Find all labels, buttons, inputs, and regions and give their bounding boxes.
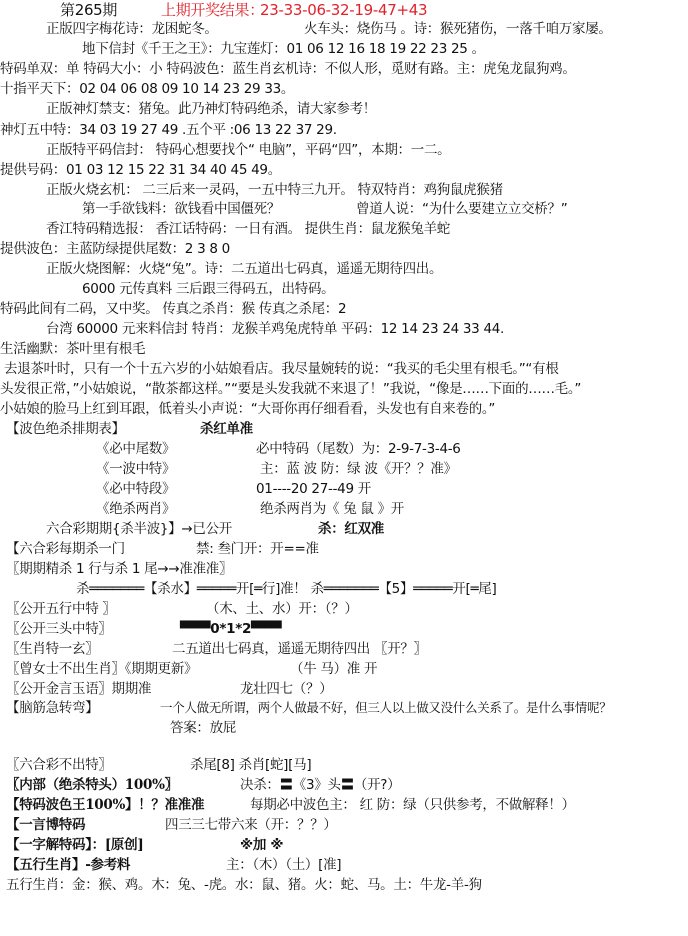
table-row-label: 《一波中特》 (96, 460, 175, 478)
five-zodiac-label: 【五行生肖】-参考料 (6, 856, 130, 874)
table-row-value: 必中特码（尾数）为：2-9-7-3-4-6 (256, 440, 461, 458)
no-special-value: 杀尾[8] 杀肖[蛇][马] (190, 756, 311, 774)
half-wave-value: 杀：红双准 (318, 520, 384, 538)
one-word-label: 【一言博特码 (6, 816, 85, 834)
internal-kill-label: 〖内部（绝杀特头）100%〗 (6, 776, 178, 794)
fire-mystery: 正版火烧玄机： 二三后来一灵码，一五中特三九开。 特双特肖：鸡狗鼠虎猴猪 (46, 181, 503, 199)
humor-line-2: 头发很正常，”小姑娘说，“散茶都这样。”“要是头发我就不来退了！”我说，“像是…… (0, 380, 581, 398)
five-elements-label: 〖公开五行中特 〗 (6, 600, 116, 618)
three-heads-label: 〖公开三头中特〗 (6, 620, 112, 638)
zodiac-mystery-label: 〖生肖特一玄〗 (6, 640, 98, 658)
master-says: 曾道人说：“为什么要建立立交桥？” (356, 200, 567, 218)
hongkong-report: 香江特码精选报： 香江话特码：一日有酒。 提供生肖：鼠龙猴兔羊蛇 (46, 220, 450, 238)
table-title: 【波色绝杀排期表】 (6, 420, 125, 438)
plum-poem: 正版四字梅花诗：龙困蛇冬。 (46, 20, 218, 38)
kill-door-value: 禁: 叁门开：开==准 (196, 540, 319, 558)
table-row-value: 绝杀两肖为《 兔 鼠 》开 (260, 500, 404, 518)
special-code-attributes: 特码单双：单 特码大小：小 特码波色：蓝生肖玄机诗：不似人形，觅财有路。主：虎兔… (0, 60, 576, 78)
one-word-value: 四三三七带六来（开：？？） (165, 816, 337, 834)
riddle-label: 【脑筋急转弯】 (6, 699, 98, 717)
three-heads-value: ▀▀▀0*1*2▀▀▀ (180, 620, 281, 638)
humor-title: 生活幽默：茶叶里有根毛 (0, 340, 145, 358)
provided-numbers: 提供号码：01 03 12 15 22 31 34 40 45 49。 (0, 161, 281, 179)
underground-envelope: 地下信封《千王之王》：九宝莲灯：01 06 12 16 18 19 22 23 … (82, 40, 485, 58)
kill-element-line: 杀═══════【杀水】═════开[═行]准！ 杀═══════【5】════… (76, 580, 496, 598)
ms-zeng-value: （牛 马）准 开 (290, 660, 377, 678)
humor-line-1: 去退茶叶时，只有一个十五六岁的小姑娘看店。我尽量婉转的说：“我买的毛尖里有根毛。… (4, 360, 559, 378)
color-king-label: 【特码波色王100%】！？准准准 (6, 796, 204, 814)
zodiac-mystery-value: 二五道出七码真，遥遥无期待四出 〖开？〗 (172, 640, 427, 658)
issue-number: 第265期 (60, 1, 117, 19)
table-row-label: 《必中特段》 (96, 480, 175, 498)
ms-zeng-label: 〖曾女士不出生肖〗《期期更新》 (6, 660, 197, 678)
lamp-five: 神灯五中特：34 03 19 27 49 .五个平 :06 13 22 37 2… (0, 121, 337, 139)
riddle-answer: 答案：放屁 (170, 719, 236, 737)
table-row-value: 01----20 27--49 开 (256, 480, 371, 498)
last-result-numbers: 23-33-06-32-19-47+43 (260, 1, 427, 19)
fire-diagram: 正版火烧图解：火烧“兔”。诗：二五道出七码真，遥遥无期待四出。 (46, 260, 442, 278)
humor-line-3: 小姑娘的脸马上红到耳跟，低着头小声说：“大哥你再仔细看看，头发也有自来卷的。” (0, 400, 495, 418)
table-title-value: 杀红单准 (200, 420, 253, 438)
internal-kill-value: 决杀：〓《3》头〓（开?） (240, 776, 400, 794)
color-king-value: 每期必中波色主： 红 防：绿（只供参考，不做解释！） (250, 796, 575, 814)
table-row-label: 《必中尾数》 (96, 440, 175, 458)
half-wave-label: 六合彩期期{杀半波}】→已公开 (46, 520, 232, 538)
train-head: 火车头：烧伤马 。诗：猴死猪伤，一落千咱万家屡。 (304, 20, 612, 38)
ten-fingers: 十指平天下：02 04 06 08 09 10 14 23 29 33。 (0, 80, 294, 98)
first-hand: 第一手欲钱料：欲钱看中国僵死？ (82, 200, 280, 218)
golden-words-value: 龙壮四七（？） (240, 680, 332, 698)
one-char-label: 【一字解特码】：[原创] (6, 836, 143, 854)
taiwan-envelope: 台湾 60000 元来料信封 特肖：龙猴羊鸡兔虎特单 平码：12 14 23 2… (46, 320, 504, 338)
five-zodiac-list: 五行生肖：金：猴、鸡。木：兔、-虎。水：鼠、猪。火：蛇、马。土：牛龙-羊-狗 (6, 876, 482, 894)
kill-door-label: 【六合彩每期杀一门 (6, 540, 125, 558)
kill-element-label: 〖期期精杀 1 行与杀 1 尾→→准准准〗 (6, 560, 232, 578)
last-result-label: 上期开奖结果： (161, 1, 264, 19)
fax-kill: 特码此间有二码，又中奖。 传真之杀肖：猴 传真之杀尾：2 (0, 300, 346, 318)
riddle-question: 一个人做无所谓，两个人做最不好，但三人以上做又没什么关系了。是什么事情呢？ (160, 699, 611, 717)
special-envelope: 正版特平码信封： 特码心想要找个“ 电脑”，平码“四”，本期：一二。 (46, 141, 450, 159)
table-row-label: 《绝杀两肖》 (96, 500, 175, 518)
one-char-value: ※加 ※ (240, 836, 283, 854)
no-special-label: 〖六合彩不出特〗 (6, 756, 112, 774)
five-elements-value: （木、土、水）开：（？） (206, 600, 358, 618)
golden-words-label: 〖公开金言玉语〗期期准 (6, 680, 151, 698)
fax-6000: 6000 元传真料 三后跟三得码五，出特码。 (82, 280, 334, 298)
lamp-forbidden: 正版神灯禁支：猪兔。此乃神灯特码绝杀，请大家参考！ (46, 100, 376, 118)
five-zodiac-value: 主：（木）（土）[准] (226, 856, 341, 874)
table-row-value: 主：蓝 波 防：绿 波《开？？准》 (260, 460, 457, 478)
provided-colors: 提供波色：主蓝防绿提供尾数：2 3 8 0 (0, 240, 230, 258)
